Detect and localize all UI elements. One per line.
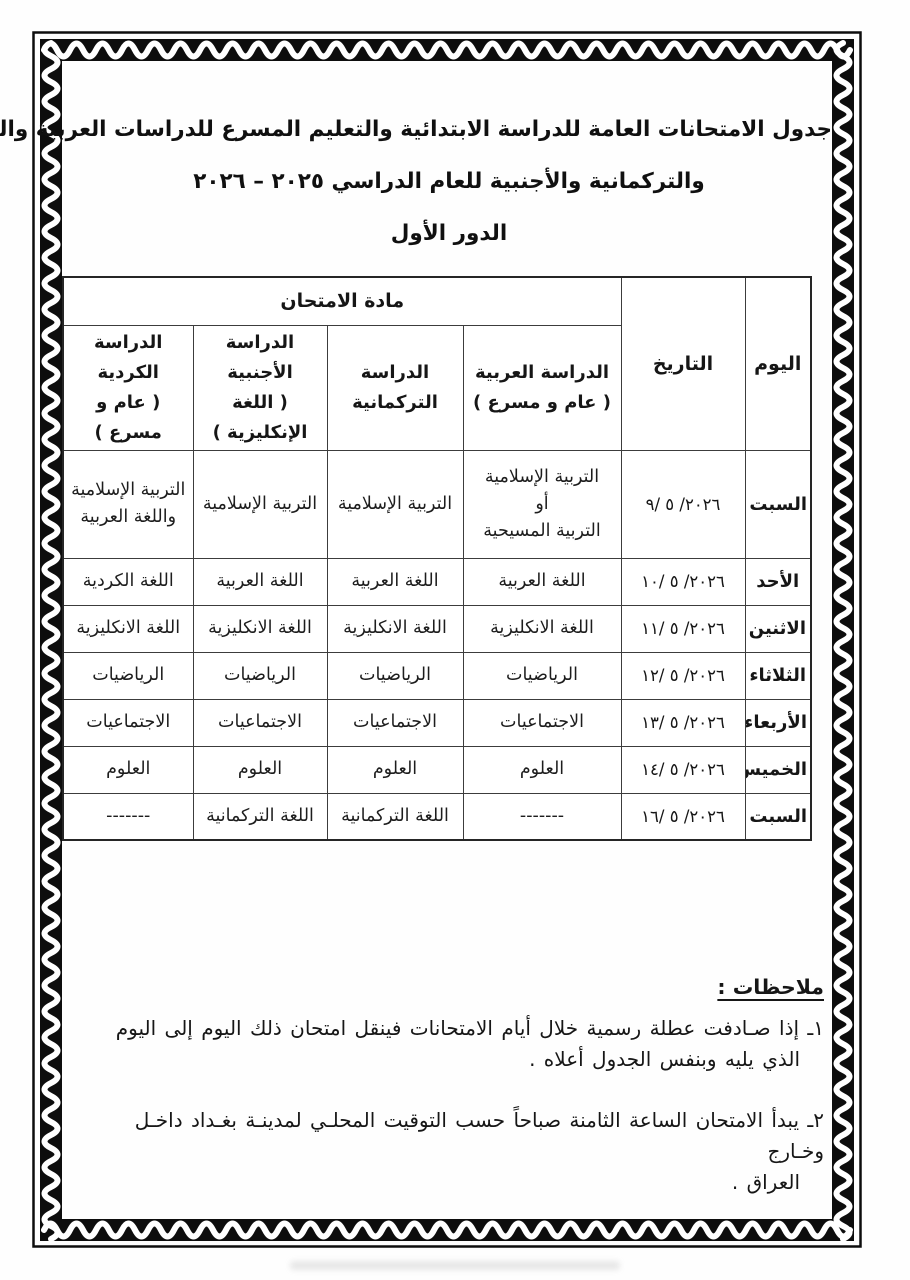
table-row: السبت ٢٠٢٦/ ٥ /٩ التربية الإسلامية أو ال… — [63, 450, 811, 558]
note-2-line-2: العراق . — [72, 1167, 800, 1198]
table-row: الأحد ٢٠٢٦/ ٥ /١٠ اللغة العربية اللغة ال… — [63, 558, 811, 605]
note-2: ٢ـ يبدأ الامتحان الساعة الثامنة صباحاً ح… — [72, 1105, 824, 1198]
document-content: جدول الامتحانات العامة للدراسة الابتدائي… — [66, 64, 832, 1219]
turkmen-subject-cell: الاجتماعيات — [327, 699, 463, 746]
table-row: الأربعاء ٢٠٢٦/ ٥ /١٣ الاجتماعيات الاجتما… — [63, 699, 811, 746]
day-cell: السبت — [745, 450, 811, 558]
note-1-line-1: ١ـ إذا صـادفت عطلة رسمية خلال أيام الامت… — [72, 1013, 824, 1044]
notes-heading: ملاحظات : — [717, 975, 824, 999]
header-date: التاريخ — [621, 277, 745, 450]
date-cell: ٢٠٢٦/ ٥ /٩ — [621, 450, 745, 558]
arabic-subject-cell: ------- — [463, 793, 621, 840]
kurdish-subject-cell: ------- — [63, 793, 193, 840]
table-row: الاثنين ٢٠٢٦/ ٥ /١١ اللغة الانكليزية الل… — [63, 605, 811, 652]
kurdish-subject-cell: الرياضيات — [63, 652, 193, 699]
day-cell: الاثنين — [745, 605, 811, 652]
header-day: اليوم — [745, 277, 811, 450]
table-row: السبت ٢٠٢٦/ ٥ /١٦ ------- اللغة التركمان… — [63, 793, 811, 840]
note-1: ١ـ إذا صـادفت عطلة رسمية خلال أيام الامت… — [72, 1013, 824, 1075]
day-cell: الأربعاء — [745, 699, 811, 746]
arabic-subject-cell: التربية الإسلامية أو التربية المسيحية — [463, 450, 621, 558]
exam-schedule-table: اليوم التاريخ مادة الامتحان الدراسة العر… — [62, 276, 812, 841]
date-cell: ٢٠٢٦/ ٥ /١٢ — [621, 652, 745, 699]
kurdish-subject-cell: التربية الإسلامية واللغة العربية — [63, 450, 193, 558]
header-arabic-study: الدراسة العربية ( عام و مسرع ) — [463, 325, 621, 450]
date-cell: ٢٠٢٦/ ٥ /١٤ — [621, 746, 745, 793]
arabic-subject-cell: العلوم — [463, 746, 621, 793]
arabic-subject-cell: اللغة العربية — [463, 558, 621, 605]
kurdish-subject-cell: اللغة الكردية — [63, 558, 193, 605]
scan-smudge — [290, 1261, 620, 1270]
kurdish-subject-cell: اللغة الانكليزية — [63, 605, 193, 652]
document-title: جدول الامتحانات العامة للدراسة الابتدائي… — [66, 104, 832, 260]
header-kurdish-study: الدراسة الكردية ( عام و مسرع ) — [63, 325, 193, 450]
table-row: الخميس ٢٠٢٦/ ٥ /١٤ العلوم العلوم العلوم … — [63, 746, 811, 793]
note-1-line-2: الذي يليه وبنفس الجدول أعلاه . — [72, 1044, 800, 1075]
day-cell: السبت — [745, 793, 811, 840]
turkmen-subject-cell: التربية الإسلامية — [327, 450, 463, 558]
foreign-subject-cell: اللغة العربية — [193, 558, 327, 605]
title-line-2: والتركمانية والأجنبية للعام الدراسي ٢٠٢٥… — [66, 156, 832, 208]
arabic-subject-cell: الرياضيات — [463, 652, 621, 699]
turkmen-subject-cell: اللغة العربية — [327, 558, 463, 605]
note-2-line-1: ٢ـ يبدأ الامتحان الساعة الثامنة صباحاً ح… — [72, 1105, 824, 1167]
foreign-subject-cell: التربية الإسلامية — [193, 450, 327, 558]
header-subject-group: مادة الامتحان — [63, 277, 621, 325]
arabic-subject-cell: الاجتماعيات — [463, 699, 621, 746]
day-cell: الأحد — [745, 558, 811, 605]
turkmen-subject-cell: اللغة الانكليزية — [327, 605, 463, 652]
turkmen-subject-cell: الرياضيات — [327, 652, 463, 699]
date-cell: ٢٠٢٦/ ٥ /١٣ — [621, 699, 745, 746]
kurdish-subject-cell: الاجتماعيات — [63, 699, 193, 746]
day-cell: الخميس — [745, 746, 811, 793]
foreign-subject-cell: العلوم — [193, 746, 327, 793]
arabic-subject-cell: اللغة الانكليزية — [463, 605, 621, 652]
foreign-subject-cell: اللغة الانكليزية — [193, 605, 327, 652]
date-cell: ٢٠٢٦/ ٥ /١٠ — [621, 558, 745, 605]
title-line-1: جدول الامتحانات العامة للدراسة الابتدائي… — [66, 104, 832, 156]
turkmen-subject-cell: اللغة التركمانية — [327, 793, 463, 840]
date-cell: ٢٠٢٦/ ٥ /١٦ — [621, 793, 745, 840]
foreign-subject-cell: الاجتماعيات — [193, 699, 327, 746]
turkmen-subject-cell: العلوم — [327, 746, 463, 793]
foreign-subject-cell: اللغة التركمانية — [193, 793, 327, 840]
date-cell: ٢٠٢٦/ ٥ /١١ — [621, 605, 745, 652]
day-cell: الثلاثاء — [745, 652, 811, 699]
kurdish-subject-cell: العلوم — [63, 746, 193, 793]
foreign-subject-cell: الرياضيات — [193, 652, 327, 699]
scanned-exam-schedule-page: جدول الامتحانات العامة للدراسة الابتدائي… — [0, 0, 910, 1280]
header-foreign-study: الدراسة الأجنبية ( اللغة الإنكليزية ) — [193, 325, 327, 450]
table-row: الثلاثاء ٢٠٢٦/ ٥ /١٢ الرياضيات الرياضيات… — [63, 652, 811, 699]
notes-section: ملاحظات : ١ـ إذا صـادفت عطلة رسمية خلال … — [72, 975, 824, 1198]
title-line-3: الدور الأول — [66, 208, 832, 260]
header-turkmen-study: الدراسة التركمانية — [327, 325, 463, 450]
